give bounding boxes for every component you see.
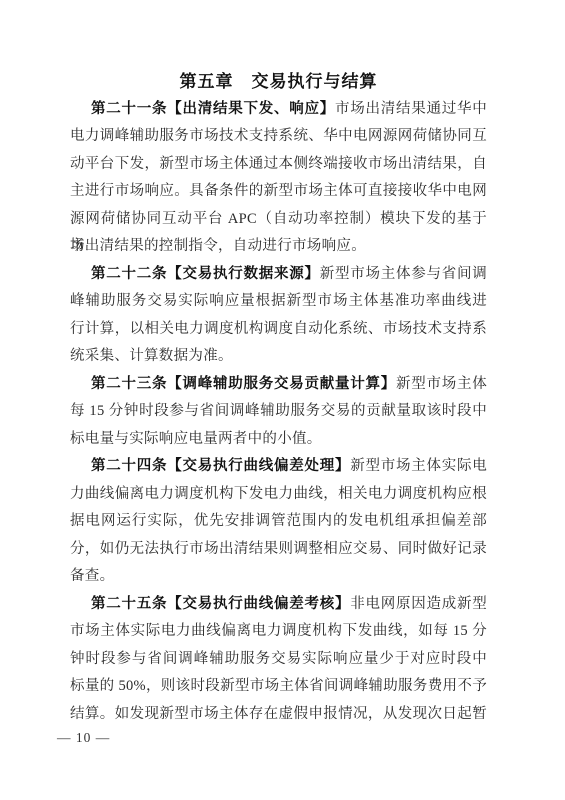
paragraph-line: 峰辅助服务交易实际响应量根据新型市场主体基准功率曲线进 bbox=[70, 288, 487, 316]
document-body: 第二十一条【出清结果下发、响应】市场出清结果通过华中电力调峰辅助服务市场技术支持… bbox=[70, 96, 487, 729]
article-heading: 第二十五条【交易执行曲线偏差考核】 bbox=[91, 596, 350, 612]
paragraph-line: 标电量与实际响应电量两者中的小值。 bbox=[70, 426, 487, 454]
paragraph-line: 第二十五条【交易执行曲线偏差考核】非电网原因造成新型 bbox=[70, 591, 487, 619]
chapter-title: 第五章 交易执行与结算 bbox=[70, 68, 487, 96]
article-heading: 第二十一条【出清结果下发、响应】 bbox=[91, 101, 335, 117]
article-heading: 第二十三条【调峰辅助服务交易贡献量计算】 bbox=[91, 376, 396, 392]
article-heading: 第二十二条【交易执行数据来源】 bbox=[91, 266, 320, 282]
paragraph-line: 源网荷储协同互动平台 APC（自动功率控制）模块下发的基于市 bbox=[70, 206, 487, 234]
paragraph-line: 第二十四条【交易执行曲线偏差处理】新型市场主体实际电 bbox=[70, 453, 487, 481]
paragraph-line: 第二十二条【交易执行数据来源】新型市场主体参与省间调 bbox=[70, 261, 487, 289]
page-number: — 10 — bbox=[57, 729, 110, 747]
paragraph-line: 第二十三条【调峰辅助服务交易贡献量计算】新型市场主体 bbox=[70, 371, 487, 399]
paragraph-line: 统采集、计算数据为准。 bbox=[70, 343, 487, 371]
document-page: 第五章 交易执行与结算 第二十一条【出清结果下发、响应】市场出清结果通过华中电力… bbox=[0, 0, 565, 800]
paragraph-line: 每 15 分钟时段参与省间调峰辅助服务交易的贡献量取该时段中 bbox=[70, 398, 487, 426]
paragraph-line: 主进行市场响应。具备条件的新型市场主体可直接接收华中电网 bbox=[70, 178, 487, 206]
paragraph-line: 市场主体实际电力曲线偏离电力调度机构下发曲线，如每 15 分 bbox=[70, 618, 487, 646]
paragraph-line: 行计算，以相关电力调度机构调度自动化系统、市场技术支持系 bbox=[70, 316, 487, 344]
paragraph-line: 钟时段参与省间调峰辅助服务交易实际响应量少于对应时段中 bbox=[70, 646, 487, 674]
paragraph-line: 标量的 50%，则该时段新型市场主体省间调峰辅助服务费用不予 bbox=[70, 673, 487, 701]
paragraph-line: 电力调峰辅助服务市场技术支持系统、华中电网源网荷储协同互 bbox=[70, 123, 487, 151]
paragraph-line: 动平台下发，新型市场主体通过本侧终端接收市场出清结果，自 bbox=[70, 151, 487, 179]
paragraph-line: 据电网运行实际，优先安排调管范围内的发电机组承担偏差部 bbox=[70, 508, 487, 536]
paragraph-line: 场出清结果的控制指令，自动进行市场响应。 bbox=[70, 233, 487, 261]
article-heading: 第二十四条【交易执行曲线偏差处理】 bbox=[91, 458, 350, 474]
paragraph-line: 备查。 bbox=[70, 563, 487, 591]
paragraph-line: 第二十一条【出清结果下发、响应】市场出清结果通过华中 bbox=[70, 96, 487, 124]
paragraph-line: 分，如仍无法执行市场出清结果则调整相应交易、同时做好记录 bbox=[70, 536, 487, 564]
paragraph-line: 结算。如发现新型市场主体存在虚假申报情况，从发现次日起暂 bbox=[70, 701, 487, 729]
paragraph-line: 力曲线偏离电力调度机构下发电力曲线，相关电力调度机构应根 bbox=[70, 481, 487, 509]
